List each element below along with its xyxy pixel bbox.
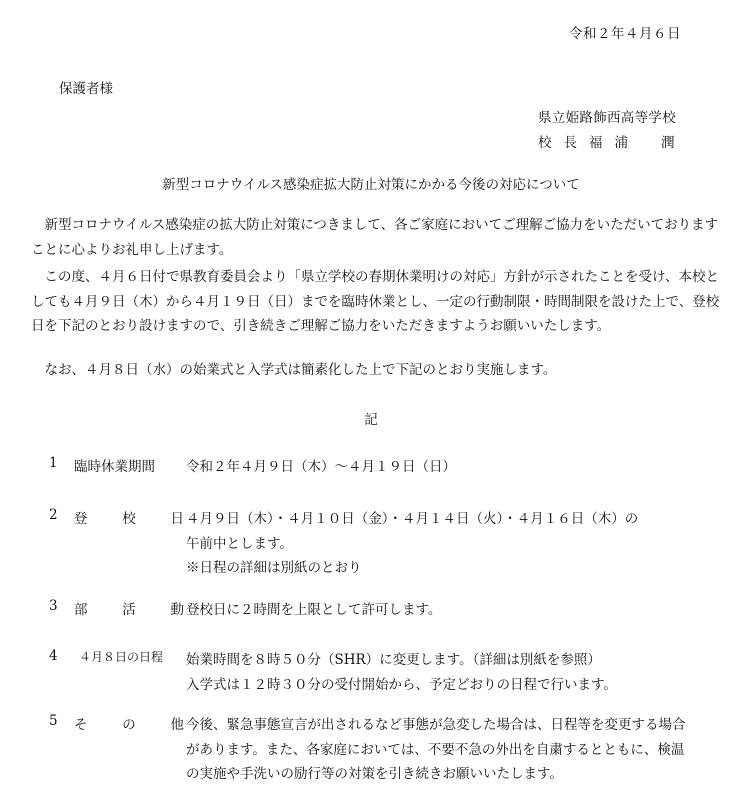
principal-char: 浦 xyxy=(615,131,629,151)
document-date: 令和２年４月６日 xyxy=(569,22,681,42)
item-line: の実施や手洗いの励行等の対策を引き続きお願いいたします。 xyxy=(186,762,706,787)
label-char: 他 xyxy=(171,713,185,733)
principal-char: 校 xyxy=(538,131,552,151)
principal-char: 福 xyxy=(589,131,603,151)
item-label: 部 活 動 xyxy=(74,598,184,618)
item-number: 5 xyxy=(49,713,69,729)
school-name: 県立姫路飾西高等学校 xyxy=(538,106,676,126)
item-content: 登校日に２時間を上限として許可します。 xyxy=(186,598,706,623)
item-number: 4 xyxy=(49,648,69,664)
label-char: 活 xyxy=(122,598,136,618)
label-char: の xyxy=(122,713,136,733)
item-content: 始業時間を８時５０分（SHR）に変更します。（詳細は別紙を参照） 入学式は１２時… xyxy=(186,648,706,697)
item-content: ４月９日（木）・４月１０日（金）・４月１４日（火）・４月１６日（木）の 午前中と… xyxy=(186,507,706,581)
item-label: ４月８日の日程 xyxy=(79,648,189,665)
label-char: そ xyxy=(74,713,88,733)
item-line: ４月９日（木）・４月１０日（金）・４月１４日（火）・４月１６日（木）の xyxy=(186,507,706,532)
label-char: 日 xyxy=(171,507,185,527)
item-number: 3 xyxy=(49,598,69,614)
item-label: 登 校 日 xyxy=(74,507,184,527)
item-line: 今後、緊急事態宣言が出されるなど事態が急変した場合は、日程等を変更する場合 xyxy=(186,713,706,738)
principal-char: 長 xyxy=(564,131,578,151)
principal-char: 潤 xyxy=(661,131,675,151)
item-number: 2 xyxy=(49,507,69,523)
ki-heading: 記 xyxy=(0,408,742,428)
body-paragraph: 新型コロナウイルス感染症の拡大防止対策につきまして、各ご家庭においてご理解ご協力… xyxy=(31,213,721,262)
label-char: 部 xyxy=(74,598,88,618)
item-content: 今後、緊急事態宣言が出されるなど事態が急変した場合は、日程等を変更する場合 があ… xyxy=(186,713,706,787)
item-label: そ の 他 xyxy=(74,713,184,733)
label-char: 動 xyxy=(171,598,185,618)
item-line: ※日程の詳細は別紙のとおり xyxy=(186,556,706,581)
label-char: 登 xyxy=(74,507,88,527)
item-line: 午前中とします。 xyxy=(186,532,706,557)
label-char: 校 xyxy=(122,507,136,527)
body-paragraph: この度、４月６日付で県教育委員会より「県立学校の春期休業明けの対応」方針が示され… xyxy=(31,265,721,339)
item-line: があります。また、各家庭においては、不要不急の外出を自粛するとともに、検温 xyxy=(186,738,706,763)
principal-name: 校長福浦潤 xyxy=(538,131,675,151)
addressee: 保護者様 xyxy=(59,77,113,97)
item-line: 入学式は１２時３０分の受付開始から、予定どおりの日程で行います。 xyxy=(186,673,706,698)
document-title: 新型コロナウイルス感染症拡大防止対策にかかる今後の対応について xyxy=(0,173,742,193)
body-paragraph: なお、４月８日（水）の始業式と入学式は簡素化した上で下記のとおり実施します。 xyxy=(31,358,721,383)
item-number: 1 xyxy=(49,455,69,471)
item-label: 臨時休業期間 xyxy=(74,455,184,475)
item-line: 始業時間を８時５０分（SHR）に変更します。（詳細は別紙を参照） xyxy=(186,648,706,673)
item-content: 令和２年４月９日（木）～４月１９日（日） xyxy=(186,455,706,480)
item-line: 登校日に２時間を上限として許可します。 xyxy=(186,598,706,623)
item-line: 令和２年４月９日（木）～４月１９日（日） xyxy=(186,455,706,480)
